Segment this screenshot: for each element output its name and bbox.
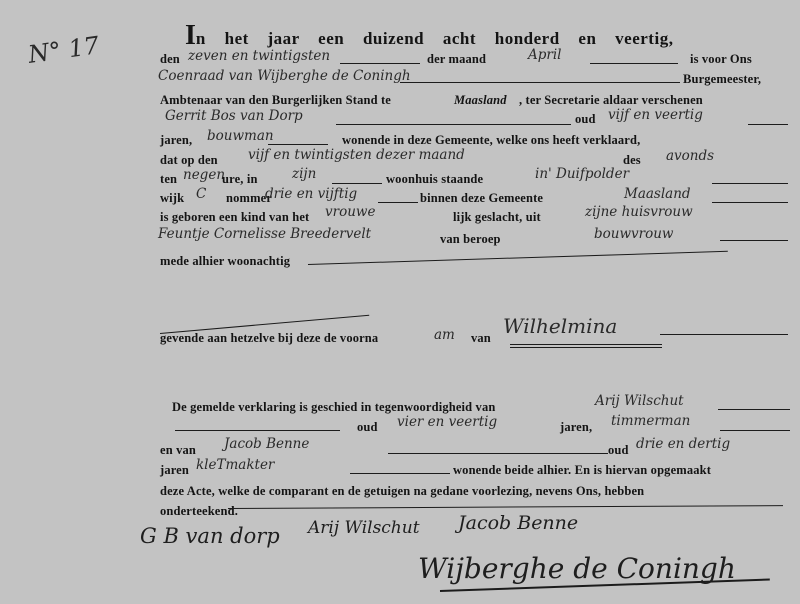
record-heading: In het jaar een duizend acht honderd en … (185, 22, 673, 50)
printed-text: van (471, 331, 491, 346)
fill-line (400, 82, 680, 83)
fill-line (712, 183, 788, 184)
handwritten-mother-name: Feuntje Cornelisse Breedervelt (158, 226, 371, 242)
fill-line (660, 334, 788, 335)
fill-line (332, 183, 382, 184)
double-underline (510, 344, 662, 345)
printed-text: oud (575, 112, 596, 127)
handwritten-time-of-day: avonds (666, 148, 714, 164)
printed-text: van beroep (440, 232, 501, 247)
handwritten-ward: C (196, 186, 206, 202)
printed-text: wonende beide alhier. En is hiervan opge… (453, 463, 711, 478)
printed-text: jaren, (160, 133, 192, 148)
fill-line (748, 124, 788, 125)
signature-witness2: Jacob Benne (458, 512, 578, 534)
handwritten-witness2-name: Jacob Benne (224, 436, 309, 452)
handwritten-child-name: Wilhelmina (503, 314, 617, 338)
fill-line (712, 202, 788, 203)
printed-text: ure, in (222, 172, 258, 187)
heading-text: n het jaar een duizend acht honderd en v… (196, 29, 674, 48)
handwritten-occupation: bouwman (207, 128, 274, 144)
heading-initial: I (185, 20, 196, 51)
double-underline (510, 347, 662, 348)
handwritten-month: April (528, 47, 561, 63)
handwritten-declarant-name: Gerrit Bos van Dorp (165, 108, 303, 124)
printed-text: jaren, (560, 420, 592, 435)
handwritten-hour: negen (183, 167, 225, 183)
printed-text: binnen deze Gemeente (420, 191, 543, 206)
printed-text: wonende in deze Gemeente, welke ons heef… (342, 133, 640, 148)
printed-text: is voor Ons (690, 52, 752, 67)
printed-text: mede alhier woonachtig (160, 254, 290, 269)
printed-text: en van (160, 443, 196, 458)
signature-registrar: Wijberghe de Coningh (418, 552, 736, 585)
handwritten-mother-occupation: bouwvrouw (594, 226, 673, 242)
handwritten-birth-date: vijf en twintigsten dezer maand (248, 147, 465, 163)
fill-line (175, 430, 340, 431)
fill-line (720, 430, 790, 431)
printed-text: onderteekend. (160, 504, 238, 519)
printed-text: jaren (160, 463, 189, 478)
handwritten-day: zeven en twintigsten (188, 48, 330, 64)
printed-text: oud (357, 420, 378, 435)
printed-text: lijk geslacht, uit (453, 210, 541, 225)
handwritten-official-name: Coenraad van Wijberghe de Coningh (158, 68, 411, 84)
handwritten-relation: zijne huisvrouw (585, 204, 693, 220)
record-number: N° 17 (26, 31, 100, 69)
fill-line (268, 144, 328, 145)
handwritten-municipality: Maasland (624, 186, 691, 202)
fill-line (718, 409, 790, 410)
birth-record-page: N° 17 In het jaar een duizend acht honde… (0, 0, 800, 604)
handwritten-witness1-name: Arij Wilschut (595, 393, 684, 409)
fill-line (590, 63, 678, 64)
fill-line (340, 63, 420, 64)
handwritten-witness2-age: drie en dertig (636, 436, 730, 452)
printed-place: Maasland (454, 93, 507, 108)
printed-text: De gemelde verklaring is geschied in teg… (172, 400, 495, 415)
handwritten-house-number: drie en vijftig (265, 186, 357, 202)
printed-text: dat op den (160, 153, 218, 168)
fill-line (308, 251, 728, 265)
printed-text: ten (160, 172, 177, 187)
handwritten-location: in' Duifpolder (535, 166, 629, 182)
printed-text: deze Acte, welke de comparant en de getu… (160, 484, 644, 499)
printed-text: is geboren een kind van het (160, 210, 309, 225)
printed-text: Ambtenaar van den Burgerlijken Stand te (160, 93, 391, 108)
fill-line (378, 202, 418, 203)
handwritten-age: vijf en veertig (608, 107, 703, 123)
printed-text: gevende aan hetzelve bij deze de voorna (160, 331, 378, 346)
printed-text: oud (608, 443, 629, 458)
fill-line (228, 505, 783, 509)
printed-text: Burgemeester, (683, 72, 761, 87)
fill-line (720, 240, 788, 241)
fill-line (336, 124, 571, 125)
printed-text: , ter Secretarie aldaar verschenen (519, 93, 703, 108)
printed-text: wijk (160, 191, 184, 206)
printed-text: woonhuis staande (386, 172, 483, 187)
handwritten-suffix: am (434, 327, 455, 343)
fill-line (350, 473, 450, 474)
signature-witness1: Arij Wilschut (308, 518, 420, 538)
handwritten-witness1-age: vier en veertig (397, 414, 497, 430)
handwritten-witness1-occupation: timmerman (611, 413, 690, 429)
signature-declarant: G B van dorp (140, 524, 280, 548)
handwritten-pronoun: zijn (292, 166, 316, 182)
handwritten-sex: vrouwe (325, 204, 375, 220)
printed-text: der maand (427, 52, 486, 67)
fill-line (388, 453, 608, 454)
handwritten-witness2-occupation: kleTmakter (196, 457, 274, 473)
printed-text: den (160, 52, 180, 67)
